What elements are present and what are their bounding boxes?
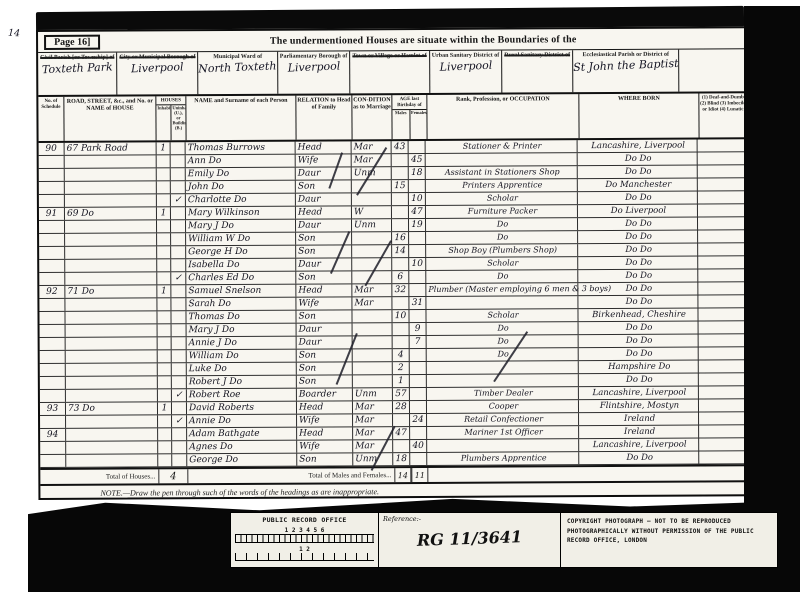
cell-person-name: Mary J Do	[186, 220, 296, 233]
cell-schedule-no	[40, 338, 66, 350]
cell-age-female: 7	[410, 336, 427, 348]
cell-condition: Mar	[352, 154, 392, 166]
cell-occupation: Do	[426, 218, 578, 231]
cell-uninhabited-tick	[171, 311, 186, 323]
cell-where-born: Lancashire, Liverpool	[578, 140, 698, 153]
cell-age-female: 18	[409, 167, 426, 179]
col-header-condition: CON-DITION as to Marriage	[352, 95, 392, 139]
cell-inhabited	[157, 311, 171, 323]
cell-where-born: Do Do	[579, 374, 699, 387]
cell-condition: Mar	[353, 401, 393, 413]
total-houses-value: 4	[158, 469, 188, 483]
cell-uninhabited-tick	[171, 142, 186, 154]
cell-inhabited	[158, 376, 172, 388]
district-value-handwritten: Liverpool	[278, 60, 350, 74]
cell-disabilities	[698, 282, 747, 294]
cell-uninhabited-tick	[172, 376, 187, 388]
cell-uninhabited-tick: ✓	[171, 194, 186, 206]
cell-uninhabited-tick	[172, 324, 187, 336]
cell-inhabited	[158, 389, 172, 401]
cell-inhabited	[158, 363, 172, 375]
cell-relation: Wife	[296, 154, 352, 166]
cell-occupation: Assistant in Stationers Shop	[426, 166, 578, 179]
cell-disabilities	[699, 386, 748, 398]
reference-label: Reference:-	[383, 515, 556, 523]
cell-inhabited	[158, 350, 172, 362]
cell-road	[66, 389, 158, 401]
cell-relation: Wife	[297, 440, 353, 452]
cell-age-male	[392, 297, 409, 309]
cell-age-female	[410, 427, 427, 439]
cell-schedule-no	[39, 156, 65, 168]
cell-road	[66, 441, 158, 453]
cell-schedule-no	[39, 169, 65, 181]
total-females-value: 11	[411, 468, 428, 482]
cell-schedule-no	[40, 325, 66, 337]
district-cell: Civil Parish [or Township] of Toxteth Pa…	[38, 53, 117, 95]
cell-road	[65, 233, 157, 245]
col-header-relation: RELATION to Head of Family	[296, 95, 352, 139]
cell-person-name: Adam Bathgate	[187, 428, 297, 441]
cell-occupation: Do	[427, 335, 579, 348]
cell-occupation: Plumber (Master employing 6 men & 3 boys…	[426, 283, 578, 296]
cell-uninhabited-tick	[171, 220, 186, 232]
cell-occupation	[427, 374, 579, 387]
cell-age-female: 24	[410, 414, 427, 426]
district-label: Town or Village or Hamlet of	[350, 53, 428, 60]
col-header-disabilities: (1) Deaf-and-Dumb (2) Blind (3) Imbecile…	[699, 93, 746, 137]
cell-where-born: Do Do	[578, 283, 698, 296]
cell-schedule-no	[39, 221, 65, 233]
cell-age-male	[392, 219, 409, 231]
cell-relation: Son	[296, 271, 352, 283]
cell-person-name: George Do	[187, 454, 297, 467]
cell-condition	[352, 310, 392, 322]
total-males-value: 14	[394, 468, 411, 482]
cell-age-male: 10	[392, 310, 409, 322]
cell-person-name: Annie J Do	[187, 337, 297, 350]
cell-disabilities	[698, 178, 747, 190]
cell-occupation: Do	[426, 270, 578, 283]
cell-person-name: Charles Ed Do	[186, 272, 296, 285]
cell-relation: Head	[297, 427, 353, 439]
cell-where-born: Lancashire, Liverpool	[579, 439, 699, 452]
cell-disabilities	[699, 321, 748, 333]
cell-uninhabited-tick	[171, 298, 186, 310]
cell-occupation: Shop Boy (Plumbers Shop)	[426, 244, 578, 257]
cell-disabilities	[698, 191, 747, 203]
cell-uninhabited-tick	[171, 181, 186, 193]
district-cell: Urban Sanitary District of Liverpool	[430, 51, 503, 93]
cell-condition: Mar	[353, 440, 393, 452]
cell-schedule-no	[39, 234, 65, 246]
cell-age-female	[410, 401, 427, 413]
cell-inhabited: 1	[157, 207, 171, 219]
cell-where-born: Birkenhead, Cheshire	[578, 309, 698, 322]
cell-age-male: 1	[393, 375, 410, 387]
cell-uninhabited-tick	[172, 441, 187, 453]
cell-condition	[353, 323, 393, 335]
stamp-reference-panel: Reference:- RG 11/3641	[379, 513, 561, 567]
cell-where-born: Do Manchester	[578, 179, 698, 192]
cell-uninhabited-tick: ✓	[172, 389, 187, 401]
cell-road	[66, 454, 158, 466]
cell-where-born: Do Do	[579, 452, 699, 465]
district-cell: Rural Sanitary District of	[502, 50, 573, 92]
cell-disabilities	[698, 217, 747, 229]
cell-age-female: 10	[409, 258, 426, 270]
cell-disabilities	[699, 451, 748, 463]
cell-relation: Wife	[297, 414, 353, 426]
cell-road	[66, 415, 158, 427]
cell-person-name: Ann Do	[186, 155, 296, 168]
footnote: NOTE.—Draw the pen through such of the w…	[40, 482, 748, 500]
cell-uninhabited-tick	[172, 402, 187, 414]
cell-road	[66, 363, 158, 375]
cell-disabilities	[698, 230, 747, 242]
cell-occupation	[426, 153, 578, 166]
cell-relation: Daur	[296, 258, 352, 270]
cell-age-male	[393, 336, 410, 348]
cell-occupation: Do	[427, 348, 579, 361]
cell-disabilities	[699, 425, 748, 437]
cell-where-born: Flintshire, Mostyn	[579, 400, 699, 413]
ruler-cm-numbers: 1 2 3 4 5 6	[235, 527, 374, 534]
cell-road	[65, 259, 157, 271]
cell-schedule-no: 91	[39, 208, 65, 220]
cell-road	[65, 246, 157, 258]
cell-road	[65, 220, 157, 232]
census-entries: 90 67 Park Road 1 Thomas Burrows Head Ma…	[39, 139, 749, 468]
cell-age-female: 19	[409, 219, 426, 231]
cell-disabilities	[698, 152, 747, 164]
cell-age-male	[392, 206, 409, 218]
cell-person-name: Robert Roe	[187, 389, 297, 402]
cell-relation: Head	[296, 141, 352, 153]
cell-occupation: Printers Apprentice	[426, 179, 578, 192]
cell-occupation	[427, 439, 579, 452]
cell-inhabited	[157, 246, 171, 258]
cell-occupation: Scholar	[426, 309, 578, 322]
cell-relation: Head	[296, 284, 352, 296]
cell-age-male	[392, 154, 409, 166]
cell-occupation: Cooper	[427, 400, 579, 413]
cell-road: 71 Do	[65, 285, 157, 297]
cell-schedule-no: 92	[39, 286, 65, 298]
col-header-name: NAME and Surname of each Person	[186, 96, 296, 141]
cell-relation: Daur	[297, 323, 353, 335]
cell-age-male: 32	[392, 284, 409, 296]
cell-condition	[353, 375, 393, 387]
cell-person-name: Agnes Do	[187, 441, 297, 454]
cell-age-female	[409, 232, 426, 244]
cell-where-born: Do Do	[579, 348, 699, 361]
stamp-copyright-text: COPYRIGHT PHOTOGRAPH – NOT TO BE REPRODU…	[561, 513, 777, 567]
reference-number-handwritten: RG 11/3641	[383, 526, 557, 551]
cell-where-born: Do Liverpool	[578, 205, 698, 218]
cell-relation: Son	[296, 180, 352, 192]
cell-occupation: Stationer & Printer	[426, 140, 578, 153]
cell-inhabited	[157, 181, 171, 193]
cell-age-female	[410, 375, 427, 387]
cell-where-born: Hampshire Do	[579, 361, 699, 374]
cell-road	[65, 168, 157, 180]
cell-condition	[352, 232, 392, 244]
ruler-inch-ticks	[235, 553, 374, 561]
cell-condition: W	[352, 206, 392, 218]
cell-person-name: Samuel Snelson	[186, 285, 296, 298]
district-cell: Parliamentary Borough of Liverpool	[278, 51, 351, 93]
cell-occupation: Do	[427, 322, 579, 335]
ruler-inch-numbers: 1 2	[235, 546, 374, 553]
cell-age-female: 31	[409, 297, 426, 309]
cell-where-born: Ireland	[579, 413, 699, 426]
cell-occupation: Retail Confectioner	[427, 413, 579, 426]
cell-age-female: 47	[409, 206, 426, 218]
col-header-houses: HOUSES Inhabited Uninhabited (U.), or Bu…	[156, 96, 186, 140]
cell-age-male	[393, 323, 410, 335]
cell-inhabited: 1	[158, 402, 172, 414]
cell-age-female	[410, 349, 427, 361]
cell-inhabited	[158, 337, 172, 349]
cell-relation: Daur	[296, 193, 352, 205]
cell-age-female: 40	[410, 440, 427, 452]
cell-road	[65, 311, 157, 323]
cell-age-male	[393, 414, 410, 426]
cell-uninhabited-tick	[172, 454, 187, 466]
cell-where-born: Do Do	[578, 296, 698, 309]
cell-road	[65, 194, 157, 206]
district-label: Rural Sanitary District of	[502, 52, 572, 59]
district-value-handwritten: St John the Baptist	[573, 58, 679, 74]
stamp-office-panel: PUBLIC RECORD OFFICE 1 2 3 4 5 6 1 2	[231, 513, 379, 567]
cell-schedule-no	[39, 260, 65, 272]
cell-schedule-no	[39, 273, 65, 285]
cell-disabilities	[699, 438, 748, 450]
cell-person-name: Emily Do	[186, 168, 296, 181]
cell-uninhabited-tick	[171, 285, 186, 297]
district-cell: Ecclesiastical Parish or District of St …	[573, 50, 680, 93]
cell-road	[66, 376, 158, 388]
cell-person-name: David Roberts	[187, 402, 297, 415]
col-header-inhabited: Inhabited	[156, 105, 171, 140]
cell-schedule-no	[40, 390, 66, 402]
cell-where-born: Do Do	[578, 231, 698, 244]
cell-person-name: Robert J Do	[187, 376, 297, 389]
cell-condition	[353, 336, 393, 348]
cell-inhabited: 1	[157, 142, 171, 154]
cell-disabilities	[699, 347, 748, 359]
cell-schedule-no: 90	[39, 143, 65, 155]
census-scan-page: 14 Page 16] The undermentioned Houses ar…	[0, 0, 800, 605]
cell-road	[65, 155, 157, 167]
cell-where-born: Ireland	[579, 426, 699, 439]
cell-where-born: Do Do	[578, 166, 698, 179]
margin-annotation: 14	[8, 28, 21, 40]
cell-occupation: Furniture Packer	[426, 205, 578, 218]
cell-where-born: Do Do	[579, 335, 699, 348]
cell-age-female	[409, 141, 426, 153]
cell-inhabited	[158, 428, 172, 440]
cell-disabilities	[698, 243, 747, 255]
cell-uninhabited-tick	[171, 259, 186, 271]
cell-age-male	[392, 193, 409, 205]
cell-disabilities	[698, 139, 747, 151]
cell-inhabited	[158, 454, 172, 466]
cell-relation: Head	[297, 401, 353, 413]
cell-schedule-no: 94	[40, 429, 66, 441]
cell-condition: Mar	[352, 297, 392, 309]
cell-disabilities	[698, 256, 747, 268]
cell-uninhabited-tick	[172, 428, 187, 440]
cell-disabilities	[699, 334, 748, 346]
col-header-occupation: Rank, Profession, or OCCUPATION	[427, 94, 579, 139]
col-header-males: Males	[392, 110, 410, 140]
cell-uninhabited-tick	[171, 233, 186, 245]
census-form: Page 16] The undermentioned Houses are s…	[36, 26, 750, 500]
cell-where-born: Do Do	[578, 270, 698, 283]
cell-where-born: Do Do	[578, 153, 698, 166]
cell-relation: Daur	[297, 336, 353, 348]
cell-person-name: Thomas Do	[186, 311, 296, 324]
col-header-road: ROAD, STREET, &c., and No. or NAME of HO…	[64, 96, 156, 140]
cell-road	[65, 272, 157, 284]
cell-schedule-no	[39, 312, 65, 324]
cell-where-born: Do Do	[579, 322, 699, 335]
cell-inhabited	[157, 298, 171, 310]
cell-occupation: Mariner 1st Officer	[427, 426, 579, 439]
cell-uninhabited-tick	[171, 168, 186, 180]
cell-person-name: George H Do	[186, 246, 296, 259]
district-cell: City or Municipal Borough of Liverpool	[117, 52, 198, 94]
cell-condition: Mar	[352, 284, 392, 296]
cell-age-female	[409, 245, 426, 257]
cell-age-male: 57	[393, 388, 410, 400]
cell-road	[65, 298, 157, 310]
cell-age-female: 9	[410, 323, 427, 335]
cell-road	[66, 428, 158, 440]
cell-condition	[353, 362, 393, 374]
cell-disabilities	[698, 165, 747, 177]
cell-person-name: Thomas Burrows	[186, 142, 296, 155]
cell-age-male: 15	[392, 180, 409, 192]
cell-uninhabited-tick	[171, 246, 186, 258]
cell-age-male: 6	[392, 271, 409, 283]
cell-schedule-no	[40, 442, 66, 454]
cell-schedule-no	[39, 247, 65, 259]
cell-occupation: Scholar	[426, 192, 578, 205]
cell-age-male: 28	[393, 401, 410, 413]
cell-age-male: 4	[393, 349, 410, 361]
cell-age-male	[393, 440, 410, 452]
cell-uninhabited-tick	[171, 155, 186, 167]
cell-age-male: 18	[393, 453, 410, 465]
cell-age-male: 2	[393, 362, 410, 374]
cell-uninhabited-tick	[172, 337, 187, 349]
cell-inhabited	[158, 415, 172, 427]
cell-age-male: 47	[393, 427, 410, 439]
cell-schedule-no	[39, 182, 65, 194]
cell-where-born: Lancashire, Liverpool	[579, 387, 699, 400]
cell-schedule-no	[40, 351, 66, 363]
cell-relation: Daur	[296, 219, 352, 231]
cell-uninhabited-tick	[172, 363, 187, 375]
cell-schedule-no	[40, 416, 66, 428]
cell-occupation	[426, 296, 578, 309]
cell-schedule-no	[39, 195, 65, 207]
cell-age-female	[409, 310, 426, 322]
cell-inhabited	[158, 324, 172, 336]
cell-age-male	[392, 167, 409, 179]
cell-age-male: 14	[392, 245, 409, 257]
cell-age-female: 10	[409, 193, 426, 205]
cell-condition: Unm	[353, 388, 393, 400]
cell-disabilities	[698, 204, 747, 216]
cell-age-female	[410, 388, 427, 400]
cell-inhabited	[157, 168, 171, 180]
cell-inhabited	[157, 272, 171, 284]
cell-uninhabited-tick: ✓	[171, 272, 186, 284]
district-cell: Municipal Ward of North Toxteth	[198, 52, 277, 94]
page-number: Page 16]	[44, 34, 100, 49]
cell-where-born: Do Do	[578, 218, 698, 231]
cell-disabilities	[698, 295, 747, 307]
cell-road: 69 Do	[65, 207, 157, 219]
col-header-females: Females	[410, 109, 427, 139]
cell-inhabited: 1	[157, 285, 171, 297]
cell-person-name: Isabella Do	[186, 259, 296, 272]
cell-road: 73 Do	[66, 402, 158, 414]
cell-road	[65, 181, 157, 193]
cell-occupation: Do	[426, 231, 578, 244]
table-column-headers: No. of Schedule ROAD, STREET, &c., and N…	[38, 93, 746, 143]
cell-disabilities	[699, 373, 748, 385]
cell-person-name: Sarah Do	[186, 298, 296, 311]
cell-road	[66, 324, 158, 336]
cell-occupation: Plumbers Apprentice	[427, 452, 579, 465]
cell-relation: Daur	[296, 167, 352, 179]
cell-condition	[352, 258, 392, 270]
cell-relation: Son	[297, 375, 353, 387]
cell-disabilities	[698, 308, 747, 320]
cell-age-female: 45	[409, 154, 426, 166]
cell-road	[66, 337, 158, 349]
cell-schedule-no: 93	[40, 403, 66, 415]
col-header-schedule: No. of Schedule	[38, 97, 64, 141]
cell-person-name: Mary Wilkinson	[186, 207, 296, 220]
form-banner-title: The undermentioned Houses are situate wi…	[100, 33, 746, 47]
cell-relation: Boarder	[297, 388, 353, 400]
cell-person-name: Mary J Do	[187, 324, 297, 337]
cell-inhabited	[158, 441, 172, 453]
cell-occupation: Scholar	[426, 257, 578, 270]
cell-schedule-no	[40, 377, 66, 389]
cell-age-male	[392, 258, 409, 270]
cell-disabilities	[698, 269, 747, 281]
col-header-where-born: WHERE BORN	[579, 94, 699, 139]
cell-schedule-no	[40, 364, 66, 376]
cell-condition	[353, 349, 393, 361]
cell-occupation: Timber Dealer	[427, 387, 579, 400]
district-value-handwritten: Toxteth Park	[38, 61, 117, 76]
cell-where-born: Do Do	[578, 244, 698, 257]
cell-relation: Son	[296, 310, 352, 322]
cell-disabilities	[699, 399, 748, 411]
cell-person-name: John Do	[186, 181, 296, 194]
col-header-uninhabited: Uninhabited (U.), or Building (B.)	[171, 105, 185, 140]
totals-blank	[428, 466, 748, 482]
age-group-title: AGE last Birthday of	[392, 97, 426, 110]
